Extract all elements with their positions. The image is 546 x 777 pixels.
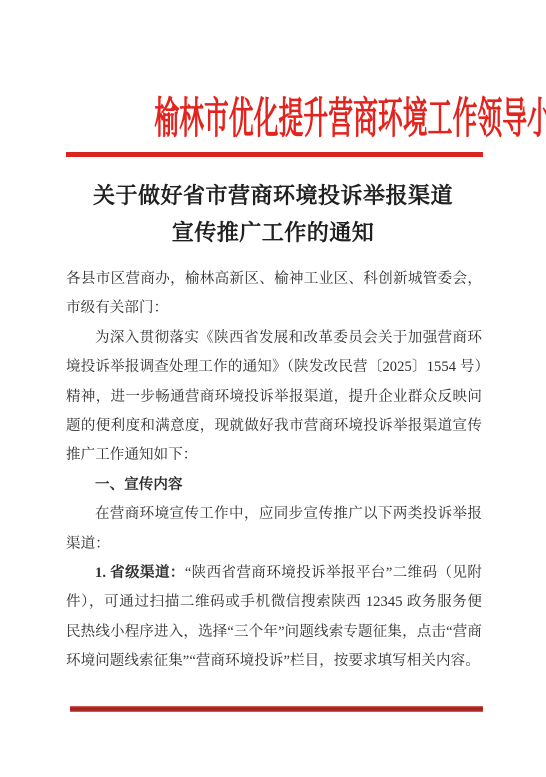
document-title-line-1: 关于做好省市营商环境投诉举报渠道 xyxy=(0,177,546,214)
document-title: 关于做好省市营商环境投诉举报渠道 宣传推广工作的通知 xyxy=(0,177,546,251)
provincial-channel-label: 1. 省级渠道： xyxy=(95,565,185,581)
document-body: 各县市区营商办，榆林高新区、榆神工业区、科创新城管委会，市级有关部门： 为深入贯… xyxy=(66,265,482,677)
footer-red-rule xyxy=(70,706,483,712)
letterhead-banner: 榆林市优化提升营商环境工作领导小组 xyxy=(0,96,546,143)
section-1-heading: 一、宣传内容 xyxy=(66,471,482,500)
org-name: 榆林市优化提升营商环境工作领导小组 xyxy=(154,96,546,143)
intro-paragraph: 为深入贯彻落实《陕西省发展和改革委员会关于加强营商环境投诉举报调查处理工作的通知… xyxy=(66,324,482,471)
salutation-line: 各县市区营商办，榆林高新区、榆神工业区、科创新城管委会，市级有关部门： xyxy=(66,265,482,324)
document-title-line-2: 宣传推广工作的通知 xyxy=(0,214,546,251)
section-1-intro: 在营商环境宣传工作中，应同步宣传推广以下两类投诉举报渠道： xyxy=(66,500,482,559)
letterhead-red-rule xyxy=(66,152,483,157)
document-page: 榆林市优化提升营商环境工作领导小组 关于做好省市营商环境投诉举报渠道 宣传推广工… xyxy=(0,0,546,777)
provincial-channel-paragraph: 1. 省级渠道：“陕西省营商环境投诉举报平台”二维码（见附件），可通过扫描二维码… xyxy=(66,559,482,677)
